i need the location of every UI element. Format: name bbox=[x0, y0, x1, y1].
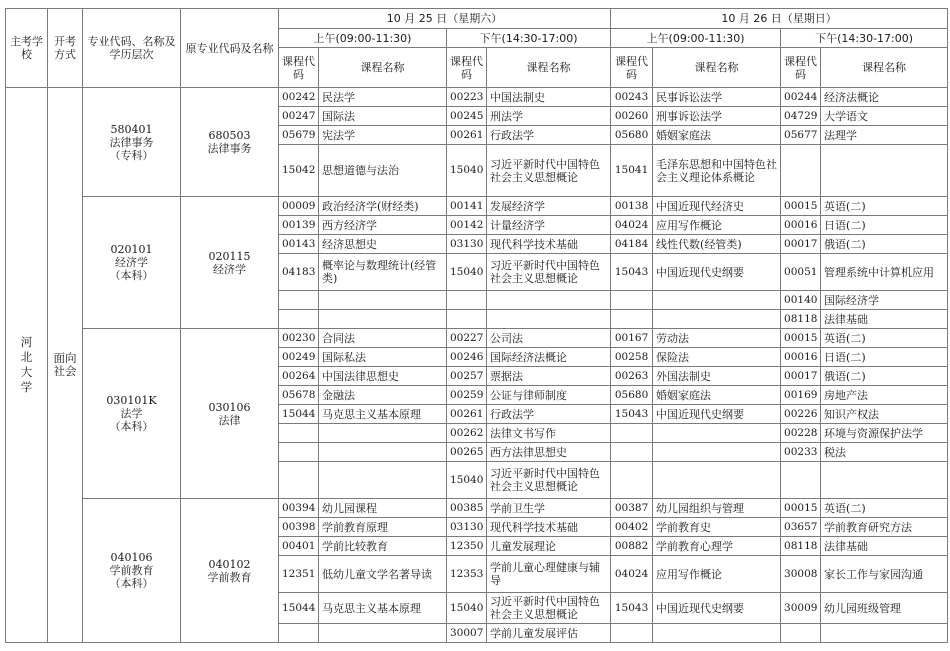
header-session-1-2: 下午(14:30-17:00) bbox=[447, 29, 611, 48]
course-code: 15043 bbox=[611, 405, 653, 424]
course-name: 线性代数(经管类) bbox=[653, 235, 781, 254]
course-code: 00257 bbox=[447, 367, 487, 386]
course-name: 管理系统中计算机应用 bbox=[821, 254, 948, 291]
course-code: 04183 bbox=[279, 254, 319, 291]
course-name: 家长工作与家园沟通 bbox=[821, 556, 948, 593]
course-code: 00227 bbox=[447, 329, 487, 348]
major-code: 020101 bbox=[86, 243, 177, 256]
major-cell: 020101经济学（本科） bbox=[83, 197, 181, 329]
course-code: 08118 bbox=[781, 310, 821, 329]
course-code: 00264 bbox=[279, 367, 319, 386]
course-name: 习近平新时代中国特色社会主义思想概论 bbox=[487, 462, 611, 499]
course-code: 00249 bbox=[279, 348, 319, 367]
course-name: 法律基础 bbox=[821, 310, 948, 329]
course-name: 票据法 bbox=[487, 367, 611, 386]
course-code: 00139 bbox=[279, 216, 319, 235]
course-code: 00260 bbox=[611, 107, 653, 126]
course-code: 05679 bbox=[279, 126, 319, 145]
course-name: 法理学 bbox=[821, 126, 948, 145]
course-name: 学前卫生学 bbox=[487, 499, 611, 518]
course-code: 03657 bbox=[781, 518, 821, 537]
course-code: 00261 bbox=[447, 126, 487, 145]
course-name: 学前教育原理 bbox=[319, 518, 447, 537]
course-name: 合同法 bbox=[319, 329, 447, 348]
course-code bbox=[611, 462, 653, 499]
major-cell: 580401法律事务（专科） bbox=[83, 88, 181, 197]
course-code: 00226 bbox=[781, 405, 821, 424]
course-name: 经济法概论 bbox=[821, 88, 948, 107]
course-name: 概率论与数理统计(经管类) bbox=[319, 254, 447, 291]
course-code: 00142 bbox=[447, 216, 487, 235]
course-code: 15040 bbox=[447, 254, 487, 291]
course-name: 税法 bbox=[821, 443, 948, 462]
course-code: 00265 bbox=[447, 443, 487, 462]
header-major: 专业代码、名称及学历层次 bbox=[83, 9, 181, 88]
header-session-2-1: 上午(09:00-11:30) bbox=[611, 29, 781, 48]
header-row-days: 主考学校开考方式专业代码、名称及学历层次原专业代码及名称10 月 25 日（星期… bbox=[6, 9, 948, 29]
orig-major-cell: 020115经济学 bbox=[181, 197, 279, 329]
course-code: 00138 bbox=[611, 197, 653, 216]
course-code: 30007 bbox=[447, 624, 487, 643]
header-course-code: 课程代码 bbox=[781, 48, 821, 88]
course-name: 法律基础 bbox=[821, 537, 948, 556]
course-code: 15043 bbox=[611, 593, 653, 624]
course-code: 15041 bbox=[611, 145, 653, 197]
orig-major-cell: 030106法律 bbox=[181, 329, 279, 499]
header-course-name: 课程名称 bbox=[653, 48, 781, 88]
course-code: 04024 bbox=[611, 216, 653, 235]
table-row: 040106学前教育（本科）040102学前教育00394幼儿园课程00385学… bbox=[6, 499, 948, 518]
course-code: 00385 bbox=[447, 499, 487, 518]
course-name: 幼儿园组织与管理 bbox=[653, 499, 781, 518]
course-name: 婚姻家庭法 bbox=[653, 386, 781, 405]
course-name bbox=[821, 145, 948, 197]
course-code: 00009 bbox=[279, 197, 319, 216]
course-name: 日语(二) bbox=[821, 216, 948, 235]
course-code: 00016 bbox=[781, 348, 821, 367]
school-char: 大 bbox=[21, 365, 33, 380]
course-code: 15040 bbox=[447, 593, 487, 624]
orig-major-name: 法律事务 bbox=[184, 142, 275, 155]
course-code bbox=[279, 624, 319, 643]
course-code bbox=[279, 310, 319, 329]
major-level: （专科） bbox=[86, 149, 177, 162]
course-code: 00017 bbox=[781, 367, 821, 386]
course-name: 劳动法 bbox=[653, 329, 781, 348]
course-code: 03130 bbox=[447, 235, 487, 254]
header-mode: 开考方式 bbox=[48, 9, 83, 88]
course-name: 法律文书写作 bbox=[487, 424, 611, 443]
course-code: 00230 bbox=[279, 329, 319, 348]
course-name: 低幼儿童文学名著导读 bbox=[319, 556, 447, 593]
course-code: 05680 bbox=[611, 126, 653, 145]
course-name: 宪法学 bbox=[319, 126, 447, 145]
course-name: 公证与律师制度 bbox=[487, 386, 611, 405]
table-row: 020101经济学（本科）020115经济学00009政治经济学(财经类)001… bbox=[6, 197, 948, 216]
course-name: 学前比较教育 bbox=[319, 537, 447, 556]
course-name: 民事诉讼法学 bbox=[653, 88, 781, 107]
major-name: 经济学 bbox=[86, 256, 177, 269]
course-name: 中国法制史 bbox=[487, 88, 611, 107]
major-level: （本科） bbox=[86, 420, 177, 433]
table-row: 030101K法学（本科）030106法律00230合同法00227公司法001… bbox=[6, 329, 948, 348]
course-code: 00882 bbox=[611, 537, 653, 556]
course-code: 00401 bbox=[279, 537, 319, 556]
course-name: 刑法学 bbox=[487, 107, 611, 126]
exam-schedule-table: 主考学校开考方式专业代码、名称及学历层次原专业代码及名称10 月 25 日（星期… bbox=[5, 8, 948, 643]
course-code: 00258 bbox=[611, 348, 653, 367]
course-name: 政治经济学(财经类) bbox=[319, 197, 447, 216]
course-name: 金融法 bbox=[319, 386, 447, 405]
school-char: 北 bbox=[21, 350, 33, 365]
orig-major-code: 030106 bbox=[184, 401, 275, 414]
course-code: 04184 bbox=[611, 235, 653, 254]
major-level: （本科） bbox=[86, 577, 177, 590]
mode-line: 社会 bbox=[51, 365, 79, 378]
course-code: 00143 bbox=[279, 235, 319, 254]
course-name: 公司法 bbox=[487, 329, 611, 348]
major-code: 030101K bbox=[86, 394, 177, 407]
course-name bbox=[319, 462, 447, 499]
course-name: 英语(二) bbox=[821, 197, 948, 216]
course-name: 行政法学 bbox=[487, 126, 611, 145]
course-code: 00140 bbox=[781, 291, 821, 310]
course-name: 应用写作概论 bbox=[653, 216, 781, 235]
course-name: 英语(二) bbox=[821, 329, 948, 348]
course-name: 学前教育研究方法 bbox=[821, 518, 948, 537]
course-name: 毛泽东思想和中国特色社会主义理论体系概论 bbox=[653, 145, 781, 197]
major-cell: 040106学前教育（本科） bbox=[83, 499, 181, 643]
orig-major-code: 020115 bbox=[184, 250, 275, 263]
course-name: 房地产法 bbox=[821, 386, 948, 405]
course-name: 国际私法 bbox=[319, 348, 447, 367]
course-name bbox=[319, 291, 447, 310]
course-name: 俄语(二) bbox=[821, 235, 948, 254]
course-name: 学前儿童心理健康与辅导 bbox=[487, 556, 611, 593]
header-session-2-2: 下午(14:30-17:00) bbox=[781, 29, 948, 48]
course-code bbox=[611, 424, 653, 443]
course-code: 30009 bbox=[781, 593, 821, 624]
course-name: 马克思主义基本原理 bbox=[319, 593, 447, 624]
course-code bbox=[447, 310, 487, 329]
orig-major-name: 法律 bbox=[184, 414, 275, 427]
course-code: 00051 bbox=[781, 254, 821, 291]
course-name: 计量经济学 bbox=[487, 216, 611, 235]
course-name bbox=[821, 462, 948, 499]
course-code: 04024 bbox=[611, 556, 653, 593]
header-course-code: 课程代码 bbox=[611, 48, 653, 88]
course-code: 00169 bbox=[781, 386, 821, 405]
course-name: 国际法 bbox=[319, 107, 447, 126]
course-name: 中国法律思想史 bbox=[319, 367, 447, 386]
course-code: 05680 bbox=[611, 386, 653, 405]
course-code: 00398 bbox=[279, 518, 319, 537]
course-name: 幼儿园班级管理 bbox=[821, 593, 948, 624]
course-code: 00259 bbox=[447, 386, 487, 405]
course-name: 英语(二) bbox=[821, 499, 948, 518]
header-course-name: 课程名称 bbox=[319, 48, 447, 88]
course-code: 00015 bbox=[781, 499, 821, 518]
course-code bbox=[447, 291, 487, 310]
course-code: 04729 bbox=[781, 107, 821, 126]
course-code: 15044 bbox=[279, 593, 319, 624]
course-code: 15044 bbox=[279, 405, 319, 424]
course-code: 00261 bbox=[447, 405, 487, 424]
course-code bbox=[279, 424, 319, 443]
course-name bbox=[653, 291, 781, 310]
course-code: 00015 bbox=[781, 197, 821, 216]
course-name bbox=[319, 624, 447, 643]
course-code bbox=[279, 443, 319, 462]
header-course-code: 课程代码 bbox=[447, 48, 487, 88]
course-code bbox=[279, 291, 319, 310]
course-name bbox=[319, 443, 447, 462]
school-char: 学 bbox=[21, 380, 33, 395]
course-code: 00015 bbox=[781, 329, 821, 348]
header-course-code: 课程代码 bbox=[279, 48, 319, 88]
course-name bbox=[821, 624, 948, 643]
course-code: 00402 bbox=[611, 518, 653, 537]
course-code: 30008 bbox=[781, 556, 821, 593]
course-name: 学前教育心理学 bbox=[653, 537, 781, 556]
exam-mode: 面向社会 bbox=[48, 88, 83, 643]
course-code: 05677 bbox=[781, 126, 821, 145]
course-code: 12351 bbox=[279, 556, 319, 593]
course-name: 中国近现代史纲要 bbox=[653, 405, 781, 424]
course-code: 15043 bbox=[611, 254, 653, 291]
major-cell: 030101K法学（本科） bbox=[83, 329, 181, 499]
course-name: 发展经济学 bbox=[487, 197, 611, 216]
course-code: 00243 bbox=[611, 88, 653, 107]
orig-major-code: 040102 bbox=[184, 558, 275, 571]
course-code: 15040 bbox=[447, 145, 487, 197]
course-name: 刑事诉讼法学 bbox=[653, 107, 781, 126]
course-code: 00244 bbox=[781, 88, 821, 107]
course-name: 马克思主义基本原理 bbox=[319, 405, 447, 424]
course-name: 外国法制史 bbox=[653, 367, 781, 386]
course-code bbox=[781, 462, 821, 499]
course-name: 幼儿园课程 bbox=[319, 499, 447, 518]
course-code bbox=[611, 624, 653, 643]
course-name bbox=[653, 424, 781, 443]
header-course-name: 课程名称 bbox=[821, 48, 948, 88]
course-code: 00233 bbox=[781, 443, 821, 462]
course-name: 国际经济学 bbox=[821, 291, 948, 310]
course-name: 现代科学技术基础 bbox=[487, 518, 611, 537]
course-name: 中国近现代史纲要 bbox=[653, 254, 781, 291]
header-day-2: 10 月 26 日（星期日） bbox=[611, 9, 948, 29]
course-code bbox=[781, 145, 821, 197]
major-level: （本科） bbox=[86, 269, 177, 282]
course-name: 大学语文 bbox=[821, 107, 948, 126]
course-code bbox=[611, 443, 653, 462]
header-session-1-1: 上午(09:00-11:30) bbox=[279, 29, 447, 48]
course-code: 00387 bbox=[611, 499, 653, 518]
course-name: 习近平新时代中国特色社会主义思想概论 bbox=[487, 145, 611, 197]
course-name: 中国近现代史纲要 bbox=[653, 593, 781, 624]
course-code: 00016 bbox=[781, 216, 821, 235]
course-code: 00263 bbox=[611, 367, 653, 386]
course-name: 经济思想史 bbox=[319, 235, 447, 254]
course-code: 00242 bbox=[279, 88, 319, 107]
course-name bbox=[653, 310, 781, 329]
course-name: 日语(二) bbox=[821, 348, 948, 367]
header-course-name: 课程名称 bbox=[487, 48, 611, 88]
course-name: 环境与资源保护法学 bbox=[821, 424, 948, 443]
course-name bbox=[319, 310, 447, 329]
course-name bbox=[487, 310, 611, 329]
course-name: 习近平新时代中国特色社会主义思想概论 bbox=[487, 254, 611, 291]
course-name: 现代科学技术基础 bbox=[487, 235, 611, 254]
course-code: 03130 bbox=[447, 518, 487, 537]
course-name: 知识产权法 bbox=[821, 405, 948, 424]
major-name: 学前教育 bbox=[86, 564, 177, 577]
course-name: 民法学 bbox=[319, 88, 447, 107]
course-name: 应用写作概论 bbox=[653, 556, 781, 593]
major-code: 040106 bbox=[86, 551, 177, 564]
major-name: 法学 bbox=[86, 407, 177, 420]
course-code: 00245 bbox=[447, 107, 487, 126]
major-name: 法律事务 bbox=[86, 136, 177, 149]
course-name bbox=[319, 424, 447, 443]
course-code: 00247 bbox=[279, 107, 319, 126]
header-day-1: 10 月 25 日（星期六） bbox=[279, 9, 611, 29]
course-code: 12350 bbox=[447, 537, 487, 556]
exam-school: 河北大学 bbox=[6, 88, 48, 643]
course-code: 00141 bbox=[447, 197, 487, 216]
course-code: 00394 bbox=[279, 499, 319, 518]
course-code bbox=[279, 462, 319, 499]
course-code: 15040 bbox=[447, 462, 487, 499]
course-code bbox=[611, 291, 653, 310]
course-code: 00167 bbox=[611, 329, 653, 348]
course-code: 12353 bbox=[447, 556, 487, 593]
orig-major-code: 680503 bbox=[184, 129, 275, 142]
course-name: 俄语(二) bbox=[821, 367, 948, 386]
course-name bbox=[487, 291, 611, 310]
course-code: 00228 bbox=[781, 424, 821, 443]
course-name: 行政法学 bbox=[487, 405, 611, 424]
course-name: 西方经济学 bbox=[319, 216, 447, 235]
header-orig-major: 原专业代码及名称 bbox=[181, 9, 279, 88]
course-name: 儿童发展理论 bbox=[487, 537, 611, 556]
course-code: 08118 bbox=[781, 537, 821, 556]
course-code: 00017 bbox=[781, 235, 821, 254]
course-name bbox=[653, 443, 781, 462]
course-name bbox=[653, 624, 781, 643]
header-school: 主考学校 bbox=[6, 9, 48, 88]
course-name: 学前教育史 bbox=[653, 518, 781, 537]
table-row: 河北大学面向社会580401法律事务（专科）680503法律事务00242民法学… bbox=[6, 88, 948, 107]
course-code: 00246 bbox=[447, 348, 487, 367]
school-char: 河 bbox=[21, 335, 33, 350]
orig-major-cell: 680503法律事务 bbox=[181, 88, 279, 197]
major-code: 580401 bbox=[86, 123, 177, 136]
course-name: 学前儿童发展评估 bbox=[487, 624, 611, 643]
course-code bbox=[781, 624, 821, 643]
course-name: 习近平新时代中国特色社会主义思想概论 bbox=[487, 593, 611, 624]
course-name: 保险法 bbox=[653, 348, 781, 367]
course-name: 国际经济法概论 bbox=[487, 348, 611, 367]
course-code: 00223 bbox=[447, 88, 487, 107]
course-name: 婚姻家庭法 bbox=[653, 126, 781, 145]
course-code: 15042 bbox=[279, 145, 319, 197]
course-code: 00262 bbox=[447, 424, 487, 443]
course-name: 中国近现代经济史 bbox=[653, 197, 781, 216]
course-code bbox=[611, 310, 653, 329]
course-name: 思想道德与法治 bbox=[319, 145, 447, 197]
orig-major-cell: 040102学前教育 bbox=[181, 499, 279, 643]
course-code: 05678 bbox=[279, 386, 319, 405]
orig-major-name: 经济学 bbox=[184, 263, 275, 276]
course-name: 西方法律思想史 bbox=[487, 443, 611, 462]
orig-major-name: 学前教育 bbox=[184, 571, 275, 584]
course-name bbox=[653, 462, 781, 499]
